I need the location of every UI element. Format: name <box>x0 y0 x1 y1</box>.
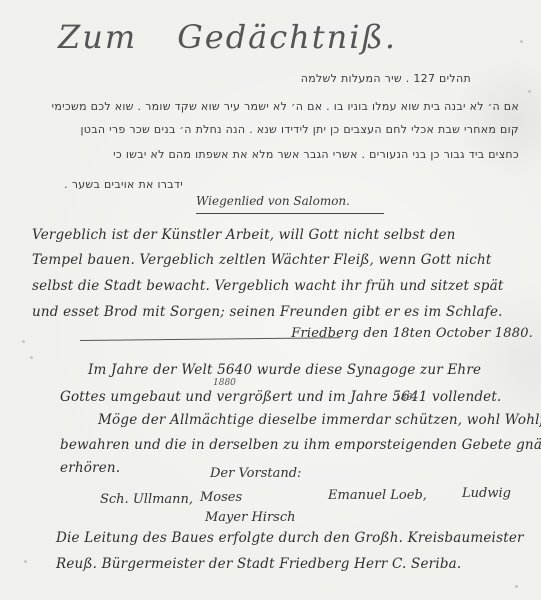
signature-moses: Moses <box>200 490 242 505</box>
closing-line-1: Die Leitung des Baues erfolgte durch den… <box>56 530 524 546</box>
hebrew-line-3: כחצים ביד גבור כן בני הנעורים . אשרי הגב… <box>19 148 519 161</box>
scanned-document-page: ZumGedächtniß. תהלים 127 . שיר המעלות לש… <box>0 0 541 600</box>
chronicle-line-1: Im Jahre der Welt 5640 wurde diese Synag… <box>88 362 481 378</box>
year-note-1881: 1881 <box>395 393 418 403</box>
german-psalm-line-4: und esset Brod mit Sorgen; seinen Freund… <box>32 304 503 320</box>
hebrew-line-1: אם ה׳ לא יבנה בית שוא עמלו בוניו בו . אם… <box>19 100 519 113</box>
signature-ullmann: Sch. Ullmann, <box>100 492 193 507</box>
translation-heading: Wiegenlied von Salomon. <box>196 194 350 208</box>
paper-speck <box>528 90 531 93</box>
title-word-gedaechtniss: Gedächtniß. <box>177 18 397 56</box>
place-date: Friedberg den 18ten October 1880. <box>291 326 533 341</box>
year-note-1880: 1880 <box>213 378 236 388</box>
closing-line-2: Reuß. Bürgermeister der Stadt Friedberg … <box>56 556 461 572</box>
document-title: ZumGedächtniß. <box>58 18 397 56</box>
paper-speck <box>520 40 523 43</box>
hebrew-line-2: קום מאחרי שבת אכלי לחם העצבים כן יתן ליד… <box>14 123 519 136</box>
german-psalm-line-2: Tempel bauen. Vergeblich zeltlen Wächter… <box>32 252 492 268</box>
paper-speck <box>30 356 33 359</box>
chronicle-line-2: Gottes umgebaut und vergrößert und im Ja… <box>60 389 501 405</box>
german-psalm-line-1: Vergeblich ist der Künstler Arbeit, will… <box>32 227 456 243</box>
paper-speck <box>515 585 518 588</box>
signature-mayer-hirsch: Mayer Hirsch <box>205 510 295 525</box>
paper-speck <box>24 560 27 563</box>
signatures-heading: Der Vorstand: <box>210 466 301 481</box>
paper-speck <box>22 340 25 343</box>
chronicle-line-4: bewahren und die in derselben zu ihm emp… <box>60 437 541 453</box>
title-word-zum: Zum <box>58 18 137 56</box>
hebrew-psalm-reference: תהלים 127 . שיר המעלות לשלמה <box>301 72 471 85</box>
signature-emanuel-loeb: Emanuel Loeb, <box>328 488 427 503</box>
german-psalm-line-3: selbst die Stadt bewacht. Vergeblich wac… <box>32 278 503 294</box>
heading-underline <box>196 213 384 214</box>
chronicle-line-3: Möge der Allmächtige dieselbe immerdar s… <box>98 412 541 428</box>
chronicle-line-5: erhören. <box>60 460 120 476</box>
hebrew-line-4: ידברו את אויבים בשער . <box>0 178 183 191</box>
signature-ludwig: Ludwig <box>462 486 511 501</box>
